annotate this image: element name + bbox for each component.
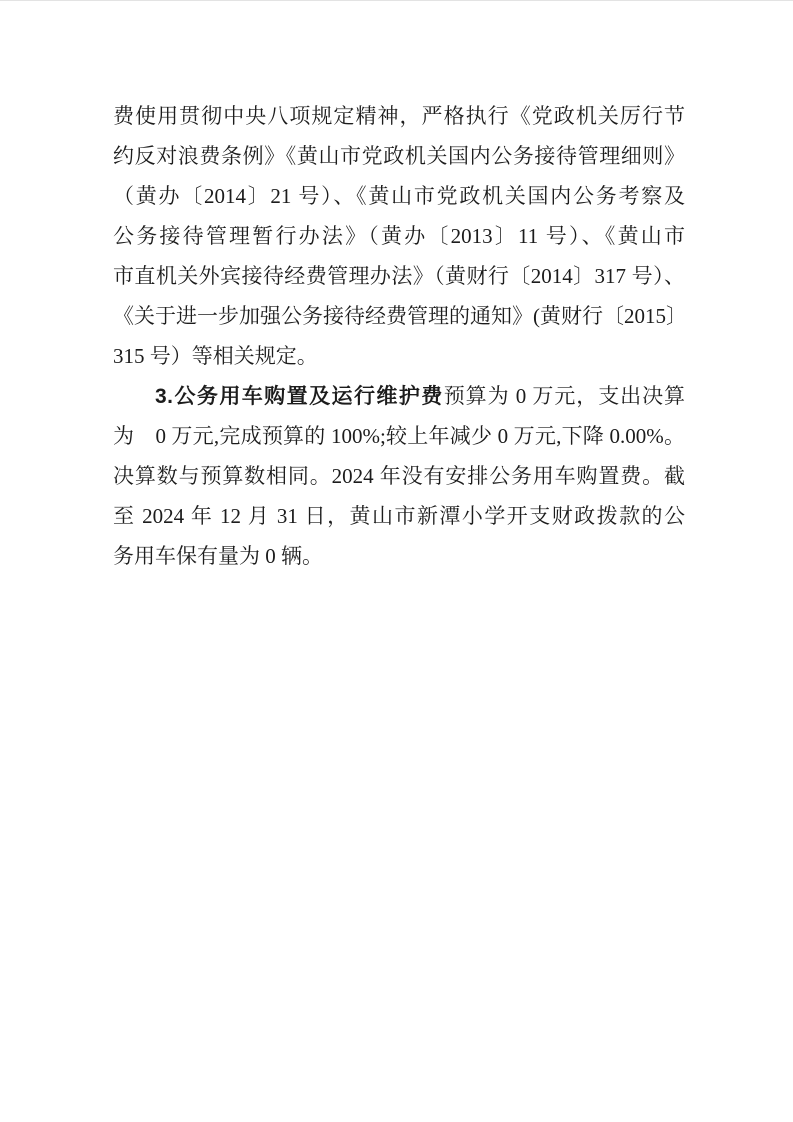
text-line-8-rest: 预算为 0 万元，支出决算: [444, 384, 685, 408]
text-line-1: 费使用贯彻中央八项规定精神，严格执行《党政机关厉行节: [113, 96, 685, 136]
text-line-11: 至 2024 年 12 月 31 日，黄山市新潭小学开支财政拨款的公: [113, 496, 685, 536]
text-body: 费使用贯彻中央八项规定精神，严格执行《党政机关厉行节 约反对浪费条例》《黄山市党…: [113, 96, 685, 576]
text-line-7: 315 号）等相关规定。: [113, 336, 685, 376]
section-heading-vehicle-fees: 3.公务用车购置及运行维护费: [155, 385, 444, 408]
text-line-2: 约反对浪费条例》《黄山市党政机关国内公务接待管理细则》: [113, 136, 685, 176]
text-line-8: 3.公务用车购置及运行维护费预算为 0 万元，支出决算: [113, 376, 685, 416]
text-line-5: 市直机关外宾接待经费管理办法》（黄财行〔2014〕317 号）、: [113, 256, 685, 296]
text-line-10: 决算数与预算数相同。2024 年没有安排公务用车购置费。截: [113, 456, 685, 496]
text-line-9: 为 0 万元,完成预算的 100%;较上年减少 0 万元,下降 0.00%。: [113, 416, 685, 456]
text-line-6: 《关于进一步加强公务接待经费管理的通知》(黄财行〔2015〕: [113, 296, 685, 336]
text-line-3: （黄办〔2014〕21 号）、《黄山市党政机关国内公务考察及: [113, 176, 685, 216]
text-line-12: 务用车保有量为 0 辆。: [113, 536, 685, 576]
document-page: 费使用贯彻中央八项规定精神，严格执行《党政机关厉行节 约反对浪费条例》《黄山市党…: [0, 0, 793, 1122]
text-line-4: 公务接待管理暂行办法》（黄办〔2013〕11 号）、《黄山市: [113, 216, 685, 256]
